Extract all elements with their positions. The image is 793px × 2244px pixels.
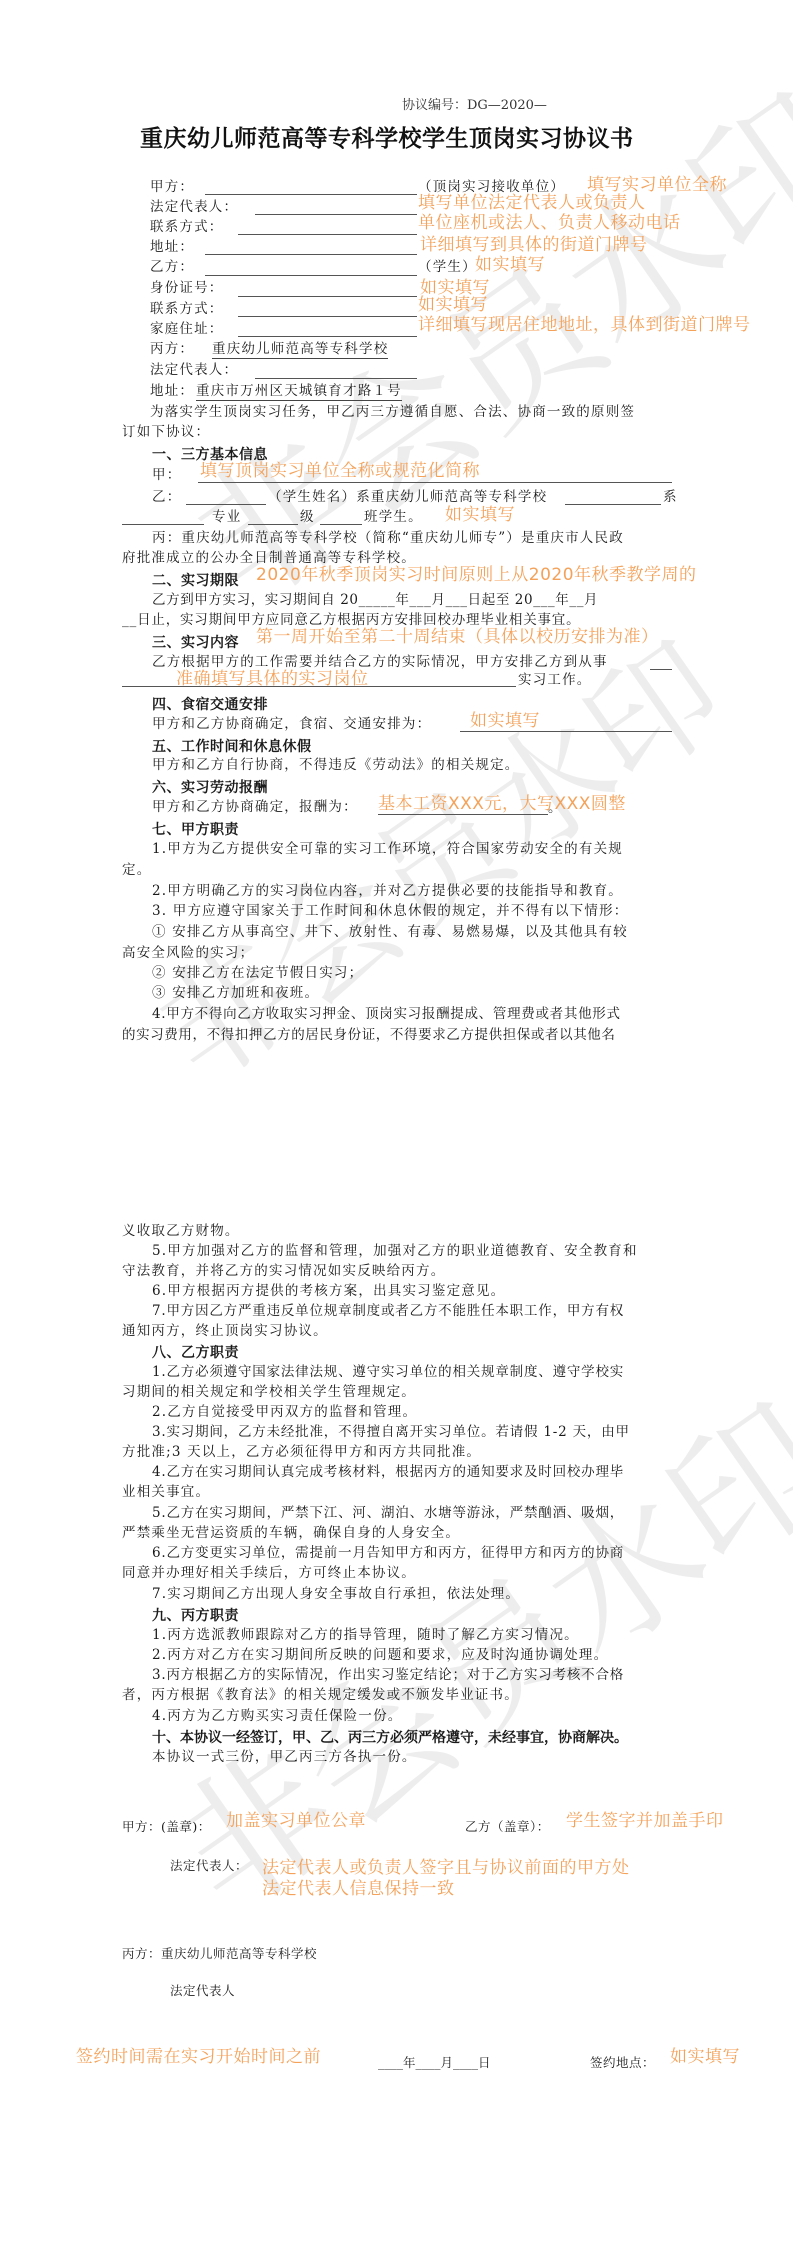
s1-jia-label: 甲： xyxy=(152,466,181,484)
s1-bing-line-1: 丙：重庆幼儿师范高等专科学校（简称“重庆幼儿师专”）是重庆市人民政 xyxy=(152,529,624,547)
doc-number: 协议编号：DG—2020— xyxy=(402,94,547,113)
s1-yi-grade-label: 级 xyxy=(300,508,315,526)
jia-rep-label: 法定代表人： xyxy=(150,198,238,216)
yi-contact-note: 如实填写 xyxy=(418,296,488,314)
sig-place-note[interactable]: 如实填写 xyxy=(670,2048,740,2066)
s1-yi-dept-field[interactable] xyxy=(565,504,661,505)
s6-note: 基本工资XXX元，大写XXX圆整 xyxy=(378,795,626,813)
sig-bing-label: 丙方：重庆幼儿师范高等专科学校 xyxy=(122,1944,317,1962)
yi-field[interactable] xyxy=(205,275,417,276)
bing-addr-value: 重庆市万州区天城镇育才路１号 xyxy=(196,382,402,401)
section-4-heading: 四、食宿交通安排 xyxy=(152,694,268,714)
yi-home-label: 家庭住址： xyxy=(150,320,224,338)
s6-field[interactable] xyxy=(378,814,548,815)
s9-line: 4.丙方为乙方购买实习责任保险一份。 xyxy=(152,1707,402,1725)
s8-line: 7.实习期间乙方出现人身安全事故自行承担，依法处理。 xyxy=(152,1585,520,1603)
s1-yi-label: 乙： xyxy=(152,488,181,506)
s1-yi-name-field[interactable] xyxy=(186,504,266,505)
s8-line: 1.乙方必须遵守国家法律法规、遵守实习单位的相关规章制度、遵守学校实 xyxy=(152,1363,624,1381)
section-7-heading: 七、甲方职责 xyxy=(152,819,239,839)
jia-note: 填写实习单位全称 xyxy=(587,176,727,194)
s7-line: ② 安排乙方在法定节假日实习； xyxy=(152,964,363,982)
s10-line: 本协议一式三份，甲乙丙三方各执一份。 xyxy=(152,1748,417,1766)
s8-line: 4.乙方在实习期间认真完成考核材料，根据丙方的通知要求及时回校办理毕 xyxy=(152,1463,624,1481)
s1-jia-note: 填写顶岗实习单位全称或规范化简称 xyxy=(200,462,480,480)
s6-end: 。 xyxy=(548,799,563,817)
bing-label: 丙方： xyxy=(150,340,194,358)
s8-line: 方批准;3 天以上，乙方必须征得甲方和丙方共同批准。 xyxy=(122,1443,481,1461)
sig-yi-note[interactable]: 学生签字并加盖手印 xyxy=(566,1812,724,1830)
jia-addr-label: 地址： xyxy=(150,238,194,256)
section-10-heading: 十、本协议一经签订，甲、乙、丙三方必须严格遵守，未经事宜，协商解决。 xyxy=(152,1727,628,1747)
s7-line: 的实习费用，不得扣押乙方的居民身份证，不得要求乙方提供担保或者以其他名 xyxy=(122,1026,616,1044)
bing-rep-label: 法定代表人： xyxy=(150,361,238,379)
s1-yi-class-field[interactable] xyxy=(320,524,362,525)
sig-jia-label: 甲方：(盖章)： xyxy=(122,1817,211,1835)
s5-line: 甲方和乙方自行协商，不得违反《劳动法》的相关规定。 xyxy=(152,756,520,774)
jia-field[interactable] xyxy=(205,194,417,195)
s8-line: 同意并办理好相关手续后，方可终止本协议。 xyxy=(122,1564,416,1582)
s1-yi-dept-suffix: 系 xyxy=(663,488,678,506)
s7-line: 7.甲方因乙方严重违反单位规章制度或者乙方不能胜任本职工作，甲方有权 xyxy=(152,1302,624,1320)
s8-line: 习期间的相关规定和学校相关学生管理规定。 xyxy=(122,1383,416,1401)
s9-line: 者，丙方根据《教育法》的相关规定缓发或不颁发毕业证书。 xyxy=(122,1686,519,1704)
jia-contact-label: 联系方式： xyxy=(150,218,224,236)
jia-rep-note: 填写单位法定代表人或负责人 xyxy=(418,194,646,212)
intro-line-1: 为落实学生顶岗实习任务，甲乙丙三方遵循自愿、合法、协商一致的原则签 xyxy=(150,403,635,421)
s4-note: 如实填写 xyxy=(470,712,540,730)
yi-suffix: （学生） xyxy=(418,258,477,276)
s1-yi-major-field[interactable] xyxy=(122,524,204,525)
s9-line: 2.丙方对乙方在实习期间所反映的问题和要求，应及时沟通协调处理。 xyxy=(152,1646,608,1664)
s3-post-field-b[interactable] xyxy=(122,686,516,687)
s7-line: 义收取乙方财物。 xyxy=(122,1222,240,1240)
s9-line: 1.丙方选派教师跟踪对乙方的指导管理，随时了解乙方实习情况。 xyxy=(152,1626,579,1644)
s8-line: 6.乙方变更实习单位，需提前一月告知甲方和丙方，征得甲方和丙方的协商 xyxy=(152,1544,624,1562)
yi-home-note: 详细填写现居住地地址，具体到街道门牌号 xyxy=(418,316,751,334)
sig-yi-label: 乙方（盖章）： xyxy=(465,1817,550,1835)
section-3-heading: 三、实习内容 xyxy=(152,632,239,652)
sig-date-note: 签约时间需在实习开始时间之前 xyxy=(76,2048,321,2066)
s7-line: 守法教育，并将乙方的实习情况如实反映给丙方。 xyxy=(122,1262,445,1280)
section-9-heading: 九、丙方职责 xyxy=(152,1605,239,1625)
jia-addr-field[interactable] xyxy=(205,254,417,255)
yi-id-label: 身份证号： xyxy=(150,279,224,297)
page-title: 重庆幼儿师范高等专科学校学生顶岗实习协议书 xyxy=(140,120,634,153)
section-2-heading: 二、实习期限 xyxy=(152,570,239,590)
s7-line: 定。 xyxy=(122,861,151,879)
yi-id-field[interactable] xyxy=(238,296,417,297)
yi-contact-label: 联系方式： xyxy=(150,300,224,318)
s8-line: 2.乙方自觉接受甲丙双方的监督和管理。 xyxy=(152,1403,417,1421)
s1-yi-grade-field[interactable] xyxy=(248,524,298,525)
sig-rep-note-1[interactable]: 法定代表人或负责人签字且与协议前面的甲方处 xyxy=(262,1859,630,1877)
sig-place-label: 签约地点： xyxy=(590,2053,655,2071)
yi-contact-field[interactable] xyxy=(238,316,417,317)
s7-line: 高安全风险的实习； xyxy=(122,944,254,962)
jia-contact-field[interactable] xyxy=(238,234,417,235)
s7-line: 1.甲方为乙方提供安全可靠的实习工作环境，符合国家劳动安全的有关规 xyxy=(152,840,623,858)
section-8-heading: 八、乙方职责 xyxy=(152,1342,239,1362)
s8-line: 5.乙方在实习期间，严禁下江、河、湖泊、水塘等游泳，严禁酗酒、吸烟， xyxy=(152,1504,624,1522)
s7-line: 通知丙方，终止顶岗实习协议。 xyxy=(122,1322,328,1340)
sig-jia-note[interactable]: 加盖实习单位公章 xyxy=(226,1812,366,1830)
s4-field[interactable] xyxy=(460,731,672,732)
s8-line: 业相关事宜。 xyxy=(122,1483,210,1501)
s7-line: 6.甲方根据丙方提供的考核方案，出具实习鉴定意见。 xyxy=(152,1282,505,1300)
s7-line: 4.甲方不得向乙方收取实习押金、顶岗实习报酬提成、管理费或者其他形式 xyxy=(152,1005,621,1023)
bing-rep-field[interactable] xyxy=(255,378,417,379)
jia-contact-note: 单位座机或法人、负责人移动电话 xyxy=(418,214,681,232)
s1-yi-major-label: 专业 xyxy=(212,508,241,526)
s1-yi-text: （学生姓名）系重庆幼儿师范高等专科学校 xyxy=(268,488,547,506)
s7-line: 2.甲方明确乙方的实习岗位内容，并对乙方提供必要的技能指导和教育。 xyxy=(152,882,623,900)
s9-line: 3.丙方根据乙方的实际情况，作出实习鉴定结论；对于乙方实习考核不合格 xyxy=(152,1666,624,1684)
s3-post-field-a[interactable] xyxy=(650,669,672,670)
s3-note: 第一周开始至第二十周结束（具体以校历安排为准） xyxy=(256,628,659,646)
sig-bing-rep-label: 法定代表人 xyxy=(170,1981,235,1999)
sig-date[interactable]: ____年____月____日 xyxy=(378,2053,491,2071)
s8-line: 严禁乘坐无营运资质的车辆，确保自身的人身安全。 xyxy=(122,1524,460,1542)
s6-line: 甲方和乙方协商确定，报酬为： xyxy=(152,798,358,816)
sig-rep-label: 法定代表人： xyxy=(170,1856,248,1874)
yi-note: 如实填写 xyxy=(475,256,545,274)
bing-addr-label: 地址： xyxy=(150,382,194,400)
s4-line: 甲方和乙方协商确定，食宿、交通安排为： xyxy=(152,715,431,733)
yi-label: 乙方： xyxy=(150,258,194,276)
intro-line-2: 订如下协议： xyxy=(122,423,210,441)
s7-line: ① 安排乙方从事高空、井下、放射性、有毒、易燃易爆，以及其他具有较 xyxy=(152,923,628,941)
s7-line: ③ 安排乙方加班和夜班。 xyxy=(152,984,319,1002)
s2-line-1: 乙方到甲方实习，实习期间自 20_____年___月___日起至 20___年_… xyxy=(152,591,598,609)
s3-line-2-suffix: 实习工作。 xyxy=(518,671,592,689)
yi-home-field[interactable] xyxy=(238,336,417,337)
s2-note: 2020年秋季顶岗实习时间原则上从2020年秋季教学周的 xyxy=(256,566,697,584)
s1-yi-note: 如实填写 xyxy=(445,506,515,524)
jia-rep-field[interactable] xyxy=(255,214,417,215)
s7-line: 3. 甲方应遵守国家关于工作时间和休息休假的规定，并不得有以下情形： xyxy=(152,902,628,920)
s7-line: 5.甲方加强对乙方的监督和管理，加强对乙方的职业道德教育、安全教育和 xyxy=(152,1242,638,1260)
s1-jia-field[interactable] xyxy=(198,482,672,483)
section-5-heading: 五、工作时间和休息休假 xyxy=(152,736,312,756)
sig-rep-note-2: 法定代表人信息保持一致 xyxy=(262,1880,455,1898)
bing-value: 重庆幼儿师范高等专科学校 xyxy=(212,340,388,359)
jia-addr-note: 详细填写到具体的街道门牌号 xyxy=(420,236,648,254)
jia-label: 甲方： xyxy=(150,178,194,196)
s1-yi-class-label: 班学生。 xyxy=(364,508,423,526)
s8-line: 3.实习期间，乙方未经批准，不得擅自离开实习单位。若请假 1-2 天，由甲 xyxy=(152,1423,630,1441)
section-6-heading: 六、实习劳动报酬 xyxy=(152,777,268,797)
